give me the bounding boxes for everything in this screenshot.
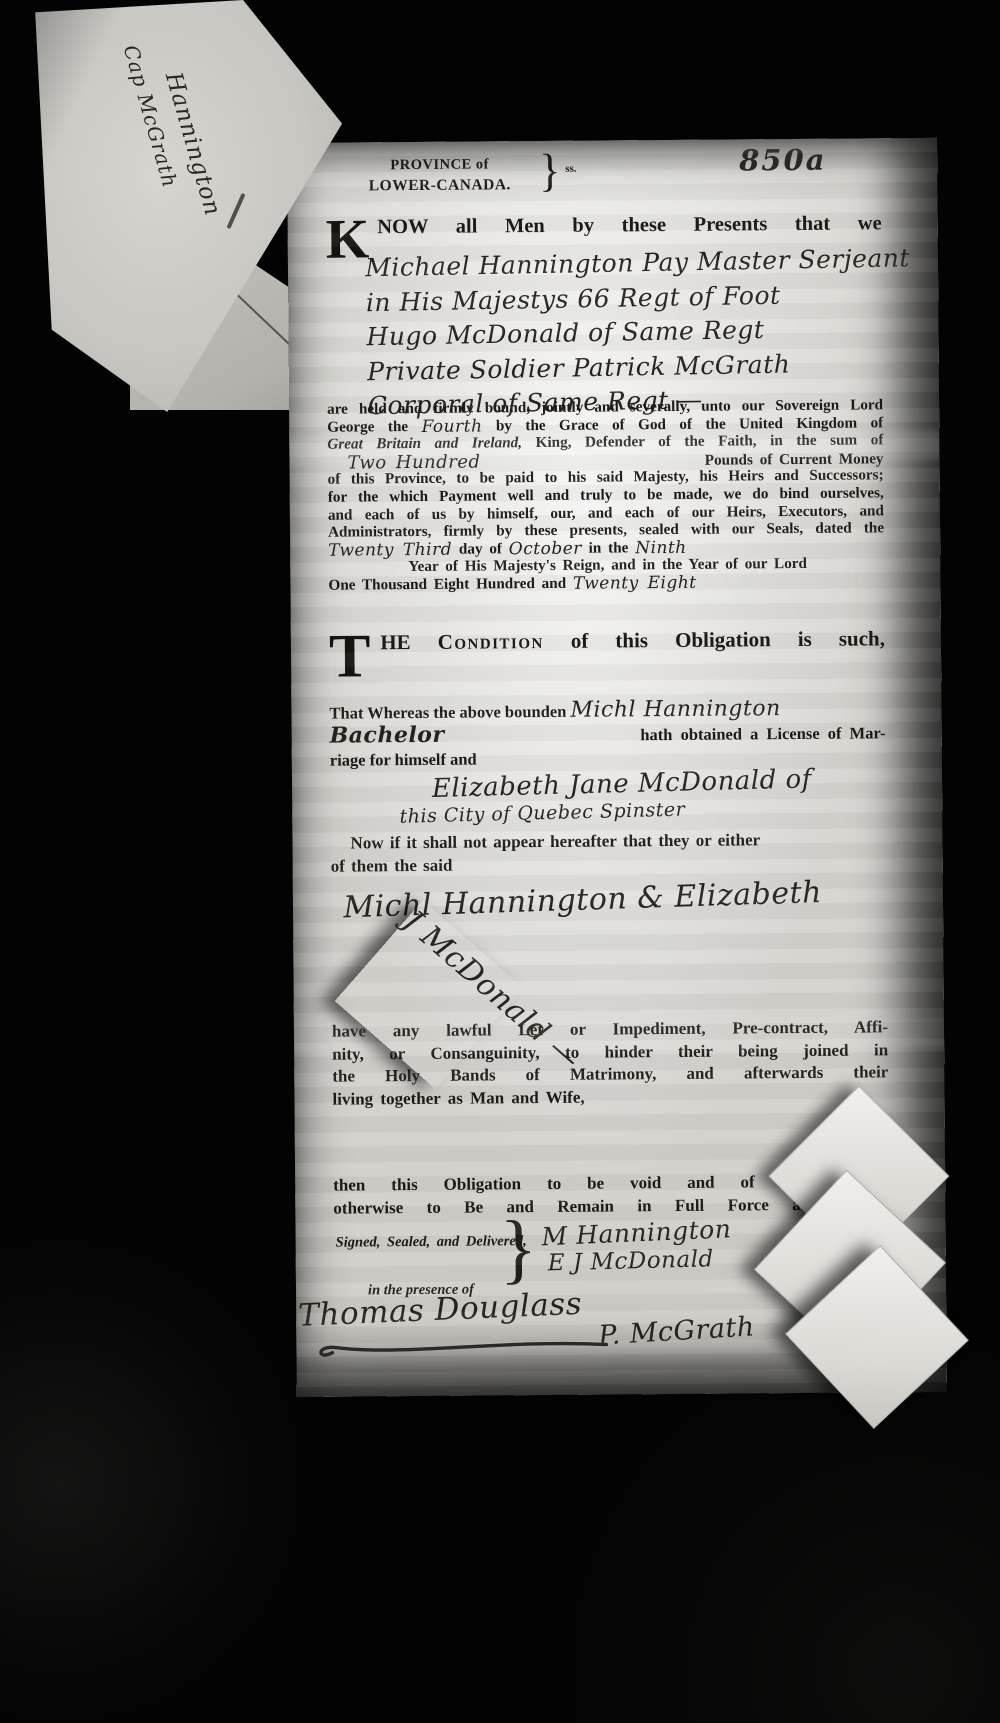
bachelor-handwritten: Bachelor — [330, 724, 445, 748]
whereas-clause: That Whereas the above bounden Michl Han… — [329, 696, 886, 771]
signature-brace: } — [499, 1209, 537, 1287]
condition-heading: T HE Condition of this Obligation is suc… — [329, 625, 885, 681]
witness-signature-mcgrath: P. McGrath — [598, 1311, 756, 1351]
obligation-paragraph: are held and firmly bound, jointly and s… — [327, 396, 885, 594]
signature-flourish — [314, 1336, 614, 1360]
obligation-line: One Thousand Eight Hundred and Twenty Ei… — [328, 572, 884, 594]
province-line-1: PROVINCE of — [342, 155, 537, 176]
province-line-2: LOWER-CANADA. — [342, 175, 537, 197]
impediment-clause: have any lawful Let or Impediment, Pre-c… — [332, 1016, 889, 1111]
witness-signature-douglass: Thomas Douglass — [298, 1286, 583, 1334]
opening-text: NOW all Men by these Presents that we — [377, 212, 882, 238]
sheet-number: 850a — [739, 143, 827, 178]
signed-sealed-label: Signed, Sealed, and Delivered, — [336, 1233, 527, 1251]
ss-abbreviation: ss. — [565, 163, 576, 175]
impediment-line: the Holy Bands of Matrimony, and afterwa… — [332, 1061, 888, 1088]
whereas-print: hath obtained a License of Mar- — [640, 721, 886, 746]
whereas-line: Bachelor hath obtained a License of Mar- — [330, 720, 886, 748]
corner-docket-script: Hannington Cap McGrath — [119, 33, 244, 289]
jurat-brace: } — [539, 148, 560, 194]
drop-cap-k: K — [326, 216, 370, 262]
sum-handwritten: Two Hundred — [347, 453, 480, 472]
signature-mcdonald: E J McDonald — [547, 1246, 714, 1276]
province-header: PROVINCE of LOWER-CANADA. — [342, 155, 537, 197]
bride-name-script: Elizabeth Jane McDonald of this City of … — [387, 761, 944, 829]
drop-cap-t: T — [329, 631, 371, 681]
condition-heading-text: HE Condition of this Obligation is such, — [329, 625, 885, 656]
impediment-line: living together as Man and Wife, — [332, 1084, 888, 1111]
scan-background: PROVINCE of LOWER-CANADA. } ss. 850a KNO… — [0, 0, 1000, 1723]
